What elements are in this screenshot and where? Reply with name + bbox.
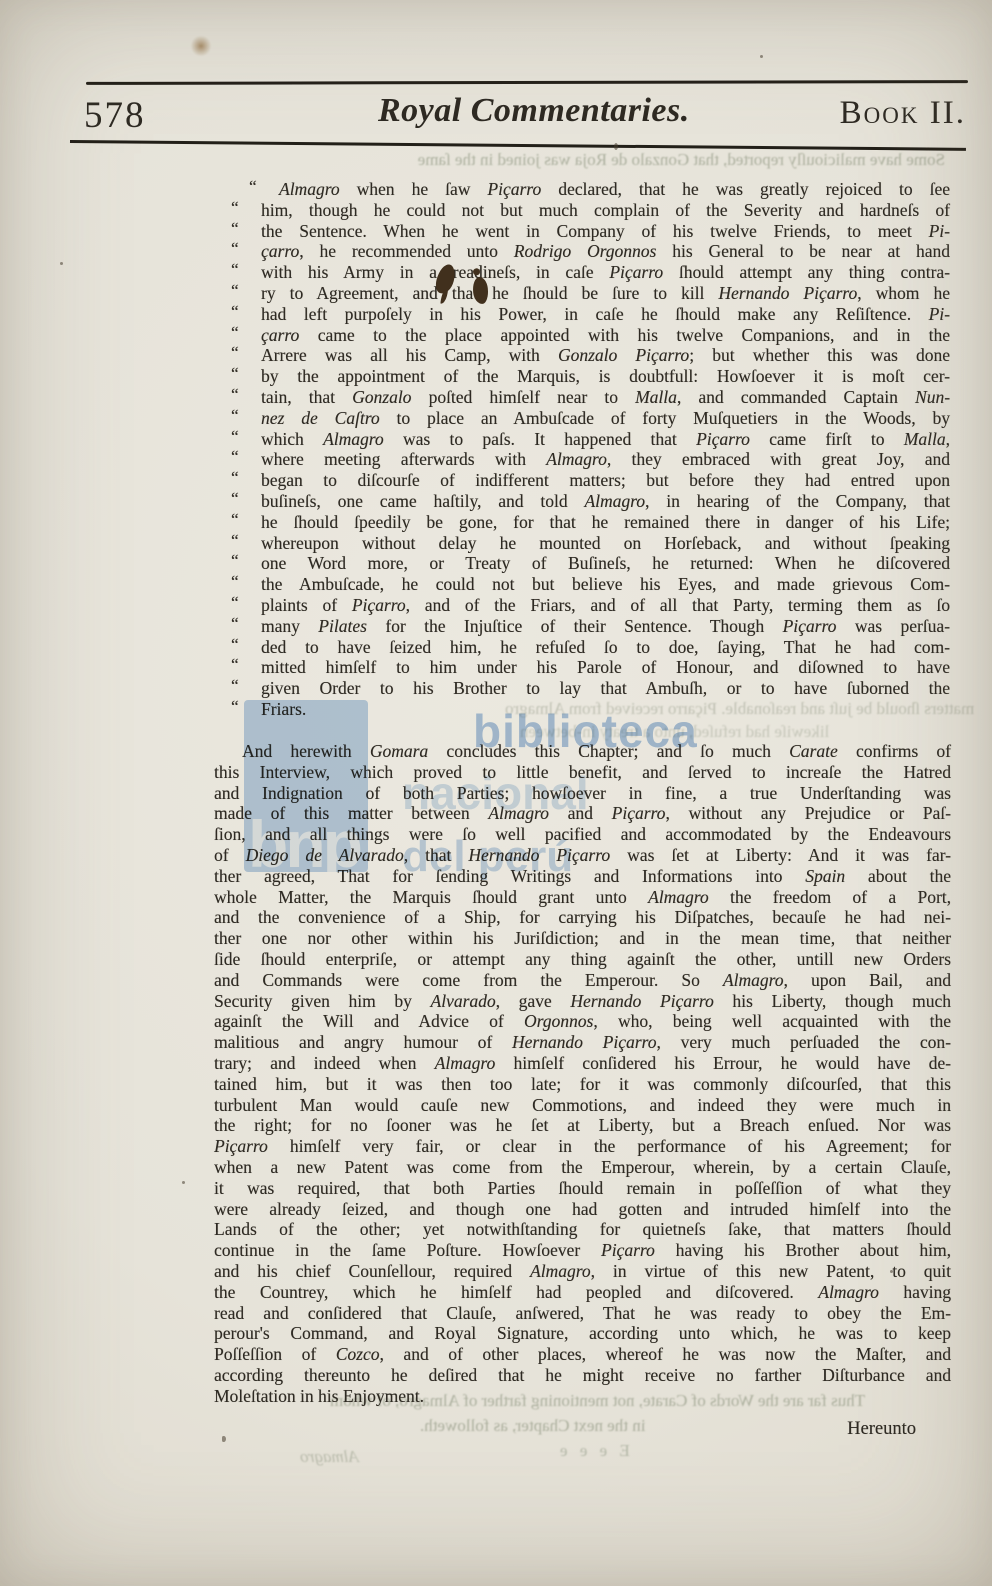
text-line: made of this matter between Almagro and … (214, 803, 951, 824)
text-line: Piçarro himſelf very fair, or clear in t… (214, 1136, 951, 1157)
bleedthrough-text: likewiſe had refuſed, unto a treaty in-b… (520, 722, 829, 742)
quotation-mark: “ (231, 302, 239, 323)
header-rule-top (86, 80, 968, 85)
bleedthrough-text: Some have maliciouſly reported, that Gon… (295, 150, 945, 170)
quotation-mark: “ (231, 655, 239, 676)
text-line: Security given him by Alvarado, gave Her… (214, 991, 951, 1012)
text-line: ther one nor other within his Juriſdicti… (214, 928, 951, 949)
text-line: “plaints of Piçarro, and of the Friars, … (261, 595, 950, 616)
text-line: the right; for no ſooner was he ſet at L… (214, 1115, 951, 1136)
text-line: “by the appointment of the Marquis, is d… (261, 366, 950, 387)
text-line: “one Word more, or Treaty of Buſineſs, h… (261, 553, 950, 574)
text-line: ther agreed, That for ſending Writings a… (214, 866, 951, 887)
quotation-mark: “ (231, 239, 239, 260)
quotation-mark: “ (231, 177, 257, 198)
text-line: againſt the Will and Advice of Orgonnos,… (214, 1011, 951, 1032)
text-line: “mitted himſelf to him under his Parole … (261, 657, 950, 678)
quotation-mark: “ (231, 635, 239, 656)
text-line: of Diego de Alvarado, that Hernando Piça… (214, 845, 951, 866)
ink-speck (890, 1270, 893, 1273)
text-line: whole Matter, the Marquis ſhould grant u… (214, 887, 951, 908)
header-rule-bottom (70, 140, 966, 150)
text-line: “nez de Caſtro to place an Ambuſcade of … (261, 408, 950, 429)
text-line: “which Almagro was to paſs. It happened … (261, 429, 950, 450)
text-line: ſion, and all things were ſo well pacifi… (214, 824, 951, 845)
text-line: “the Sentence. When he went in Company o… (261, 221, 950, 242)
text-line: perour's Command, and Royal Signature, a… (214, 1323, 951, 1344)
text-line: tained him, but it was then too late; fo… (214, 1074, 951, 1095)
text-line: and Commands were come from the Emperour… (214, 970, 951, 991)
ink-speck (222, 1436, 226, 1442)
quotation-mark: “ (231, 489, 239, 510)
text-line: “given Order to his Brother to lay that … (261, 678, 950, 699)
text-line: “çarro, he recommended unto Rodrigo Orgo… (261, 241, 950, 262)
quotation-mark: “ (231, 510, 239, 531)
text-line: Moleſtation in his Enjoyment. (214, 1386, 951, 1407)
text-line: “çarro came to the place appointed with … (261, 325, 950, 346)
text-line: continue in the ſame Poſture. Howſoever … (214, 1240, 951, 1261)
book-label: Book II. (840, 95, 966, 132)
bleedthrough-signature-mark: E e e e (556, 1441, 630, 1461)
quotation-mark: “ (231, 593, 239, 614)
text-line: “had left purpoſely in his Power, in caſ… (261, 304, 950, 325)
text-line: it was required, that both Parties ſhoul… (214, 1178, 951, 1199)
text-line: “Arrere was all his Camp, with Gonzalo P… (261, 345, 950, 366)
bleedthrough-text: Almagro (300, 1447, 359, 1467)
text-line: “where meeting afterwards with Almagro, … (261, 449, 950, 470)
catchword: Hereunto (847, 1419, 916, 1440)
text-line: “he ſhould ſpeedily be gone, for that he… (261, 512, 950, 533)
ink-speck (760, 55, 763, 58)
text-line: “Almagro when he ſaw Piçarro declared, t… (261, 179, 950, 200)
text-line: “Friars. (261, 699, 950, 720)
ink-speck (182, 1181, 185, 1184)
quotation-mark: “ (231, 406, 239, 427)
bleedthrough-text: in the next Chapter, as followeth. (420, 1416, 645, 1436)
text-line: “the Ambuſcade, he could not but believe… (261, 574, 950, 595)
text-line: turbulent Man would cauſe new Commotions… (214, 1095, 951, 1116)
text-line: “ry to Agreement, and that he ſhould be … (261, 283, 950, 304)
ink-speck (614, 143, 618, 150)
quotation-mark: “ (231, 531, 239, 552)
text-line: this Interview, which proved to little b… (214, 762, 951, 783)
paper-stain (190, 36, 212, 56)
running-title: Royal Commentaries. (378, 92, 690, 130)
text-line: “whereupon without delay he mounted on H… (261, 533, 950, 554)
quotation-mark: “ (231, 385, 239, 406)
quotation-mark: “ (231, 219, 239, 240)
quotation-mark: “ (231, 614, 239, 635)
text-line: Poſſeſſion of Cozco, and of other places… (214, 1344, 951, 1365)
quotation-mark: “ (231, 468, 239, 489)
text-line: “many Pilates for the Injuſtice of their… (261, 616, 950, 637)
quotation-mark: “ (231, 323, 239, 344)
text-line: “tain, that Gonzalo poſted himſelf near … (261, 387, 950, 408)
text-line: the Countrey, which he himſelf had peopl… (214, 1282, 951, 1303)
text-line: and the convenience of a Ship, for carry… (214, 907, 951, 928)
quoted-passage: “Almagro when he ſaw Piçarro declared, t… (228, 179, 950, 720)
quotation-mark: “ (231, 198, 239, 219)
text-line: ſide ſhould enterpriſe, or attempt any t… (214, 949, 951, 970)
quotation-mark: “ (231, 447, 239, 468)
text-line: when a new Patent was come from the Empe… (214, 1157, 951, 1178)
quotation-mark: “ (231, 676, 239, 697)
text-line: “ded to have ſeized him, he refuſed ſo t… (261, 637, 950, 658)
quotation-mark: “ (231, 427, 239, 448)
ink-speck (60, 262, 63, 265)
text-line: And herewith Gomara concludes this Chapt… (214, 741, 951, 762)
text-line: read and conſidered that Clauſe, anſwere… (214, 1303, 951, 1324)
quotation-mark: “ (231, 364, 239, 385)
quotation-mark: “ (231, 697, 239, 718)
quotation-mark: “ (231, 281, 239, 302)
text-line: “with his Army in a readineſs, in caſe P… (261, 262, 950, 283)
text-line: were already ſeized, and though one had … (214, 1199, 951, 1220)
scanned-book-page: { "header": { "page_number": "578", "run… (0, 0, 992, 1586)
quotation-mark: “ (231, 551, 239, 572)
quotation-mark: “ (231, 572, 239, 593)
text-line: “buſineſs, one came haſtily, and told Al… (261, 491, 950, 512)
text-line: “began to diſcourſe of indifferent matte… (261, 470, 950, 491)
main-paragraph: And herewith Gomara concludes this Chapt… (214, 741, 951, 1407)
quotation-mark: “ (231, 260, 239, 281)
text-line: trary; and indeed when Almagro himſelf c… (214, 1053, 951, 1074)
text-line: Lands of the other; yet notwithſtanding … (214, 1219, 951, 1240)
text-line: according thereunto he deſired that he m… (214, 1365, 951, 1386)
quotation-mark: “ (231, 343, 239, 364)
text-line: malitious and angry humour of Hernando P… (214, 1032, 951, 1053)
text-line: “him, though he could not but much compl… (261, 200, 950, 221)
text-line: and his chief Counſellour, required Alma… (214, 1261, 951, 1282)
text-line: and Indignation of both Parties; howſoev… (214, 783, 951, 804)
page-number: 578 (84, 94, 146, 137)
